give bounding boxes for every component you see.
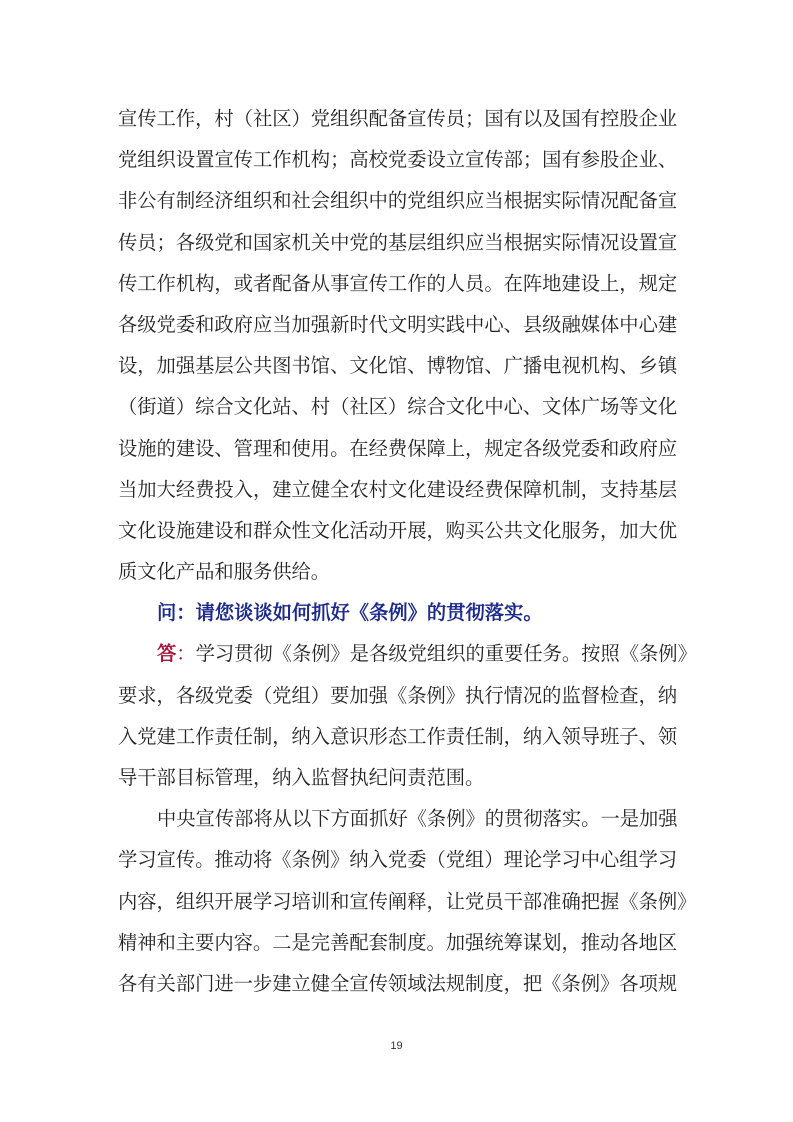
text-line: （街道）综合文化站、村（社区）综合文化中心、文体广场等文化 <box>118 386 674 427</box>
answer-text: 学习贯彻《条例》是各级党组织的重要任务。按照《条例》 <box>196 642 697 665</box>
text-line: 各有关部门进一步建立健全宣传领域法规制度，把《条例》各项规 <box>118 963 674 1004</box>
text-line: 当加大经费投入，建立健全农村文化建设经费保障机制，支持基层 <box>118 469 674 510</box>
text-line: 传工作机构，或者配备从事宣传工作的人员。在阵地建设上，规定 <box>118 263 674 304</box>
text-line: 要求，各级党委（党组）要加强《条例》执行情况的监督检查，纳 <box>118 675 674 716</box>
text-line: 设施的建设、管理和使用。在经费保障上，规定各级党委和政府应 <box>118 428 674 469</box>
text-line: 学习宣传。推动将《条例》纳入党委（党组）理论学习中心组学习 <box>118 839 674 880</box>
answer-colon: ： <box>176 642 195 665</box>
answer-paragraph: 答：学习贯彻《条例》是各级党组织的重要任务。按照《条例》 要求，各级党委（党组）… <box>118 633 674 798</box>
text-line: 质文化产品和服务供给。 <box>118 551 674 592</box>
text-line: 宣传工作，村（社区）党组织配备宣传员；国有以及国有控股企业 <box>118 98 674 139</box>
text-line: 非公有制经济组织和社会组织中的党组织应当根据实际情况配备宣 <box>118 180 674 221</box>
text-line: 各级党委和政府应当加强新时代文明实践中心、县级融媒体中心建 <box>118 304 674 345</box>
page-number: 19 <box>0 1040 793 1052</box>
text-line: 入党建工作责任制，纳入意识形态工作责任制，纳入领导班子、领 <box>118 716 674 757</box>
text-line: 内容，组织开展学习培训和宣传阐释，让党员干部准确把握《条例》 <box>118 881 674 922</box>
text-line: 中央宣传部将从以下方面抓好《条例》的贯彻落实。一是加强 <box>118 798 674 839</box>
text-line: 文化设施建设和群众性文化活动开展，购买公共文化服务，加大优 <box>118 510 674 551</box>
text-line: 导干部目标管理，纳入监督执纪问责范围。 <box>118 757 674 798</box>
page-content: 宣传工作，村（社区）党组织配备宣传员；国有以及国有控股企业 党组织设置宣传工作机… <box>118 98 674 1004</box>
paragraph-1: 宣传工作，村（社区）党组织配备宣传员；国有以及国有控股企业 党组织设置宣传工作机… <box>118 98 674 592</box>
text-line: 党组织设置宣传工作机构；高校党委设立宣传部；国有参股企业、 <box>118 139 674 180</box>
answer-label: 答 <box>157 642 176 665</box>
question-heading: 问：请您谈谈如何抓好《条例》的贯彻落实。 <box>118 592 674 633</box>
text-line: 精神和主要内容。二是完善配套制度。加强统筹谋划，推动各地区 <box>118 922 674 963</box>
text-line: 答：学习贯彻《条例》是各级党组织的重要任务。按照《条例》 <box>118 633 674 674</box>
paragraph-3: 中央宣传部将从以下方面抓好《条例》的贯彻落实。一是加强 学习宣传。推动将《条例》… <box>118 798 674 1004</box>
text-line: 设，加强基层公共图书馆、文化馆、博物馆、广播电视机构、乡镇 <box>118 345 674 386</box>
text-line: 传员；各级党和国家机关中党的基层组织应当根据实际情况设置宣 <box>118 222 674 263</box>
